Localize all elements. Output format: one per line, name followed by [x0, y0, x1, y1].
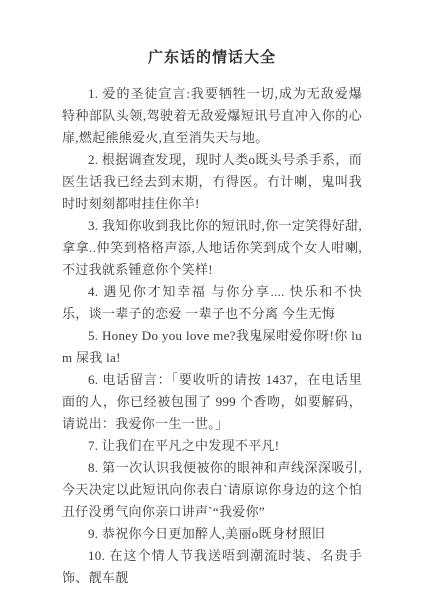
- list-item: 7. 让我们在平凡之中发现不平凡!: [62, 435, 362, 457]
- list-item: 9. 恭祝你今日更加醉人,美丽o既身材照旧: [62, 523, 362, 545]
- document-page: 广东话的情话大全 1. 爱的圣徒宣言:我要牺牲一切,成为无敌爱爆特种部队头领,驾…: [0, 0, 424, 600]
- list-item: 4. 遇见你才知幸福 与你分享.... 快乐和不快乐，谈一辈子的恋爱 一辈子也不…: [62, 281, 362, 325]
- list-item: 1. 爱的圣徒宣言:我要牺牲一切,成为无敌爱爆特种部队头领,驾驶着无敌爱爆短讯号…: [62, 83, 362, 149]
- list-item: 6. 电话留言：「要收听的请按 1437，在电话里面的人，你已经被包围了 999…: [62, 369, 362, 435]
- list-item: 3. 我知你收到我比你的短讯时,你一定笑得好甜,拿拿..仲笑到格格声添,人地话你…: [62, 215, 362, 281]
- list-item: 8. 第一次认识我便被你的眼神和声线深深吸引,今天决定以此短讯向你表白`请原谅你…: [62, 457, 362, 523]
- list-item: 10. 在这个情人节我送唔到潮流时装、名贵手饰、靓车靓: [62, 545, 362, 589]
- list-item: 2. 根据调查发现，现时人类o既头号杀手系，而医生话我已经去到末期，冇得医。冇计…: [62, 149, 362, 215]
- document-title: 广东话的情话大全: [62, 46, 362, 67]
- list-item: 5. Honey Do you love me?我鬼屎咁爱你呀!你 lum 屎我…: [62, 325, 362, 369]
